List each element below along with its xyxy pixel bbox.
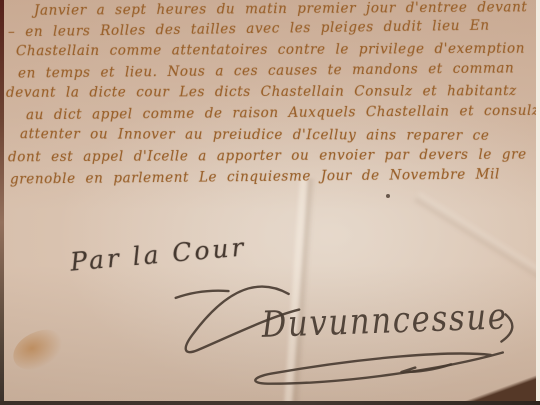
- manuscript-line: Janvier a sept heures du matin premier j…: [34, 0, 540, 19]
- manuscript-line: au dict appel comme de raison Auxquels C…: [26, 103, 540, 123]
- manuscript-line: devant la dicte cour Les dicts Chastella…: [6, 83, 517, 101]
- signature-dash-stroke: [176, 290, 229, 298]
- manuscript-line: en temps et lieu. Nous a ces causes te m…: [18, 60, 514, 81]
- photo-corner-shadow: [464, 375, 536, 401]
- manuscript-line: grenoble en parlement Le cinquiesme Jour…: [10, 166, 500, 187]
- manuscript-line: attenter ou Innover au preiudice d'Icell…: [20, 126, 489, 144]
- photo-bottom-edge: [0, 401, 540, 405]
- manuscript-line: dont est appel d'Icelle a apporter ou en…: [8, 147, 527, 166]
- manuscript-photo: Janvier a sept heures du matin premier j…: [0, 0, 540, 405]
- photo-right-edge: [536, 0, 540, 405]
- manuscript-line: – en leurs Rolles des tailles avec les p…: [8, 18, 490, 41]
- ink-stain: [8, 325, 69, 375]
- ink-speck: [386, 194, 390, 198]
- manuscript-line: Chastellain comme attentatoires contre l…: [16, 41, 525, 60]
- signature-strokes: Duvunncessue: [175, 278, 514, 388]
- signature-name-text: Duvunncessue: [260, 296, 508, 346]
- photo-left-edge: [0, 0, 4, 405]
